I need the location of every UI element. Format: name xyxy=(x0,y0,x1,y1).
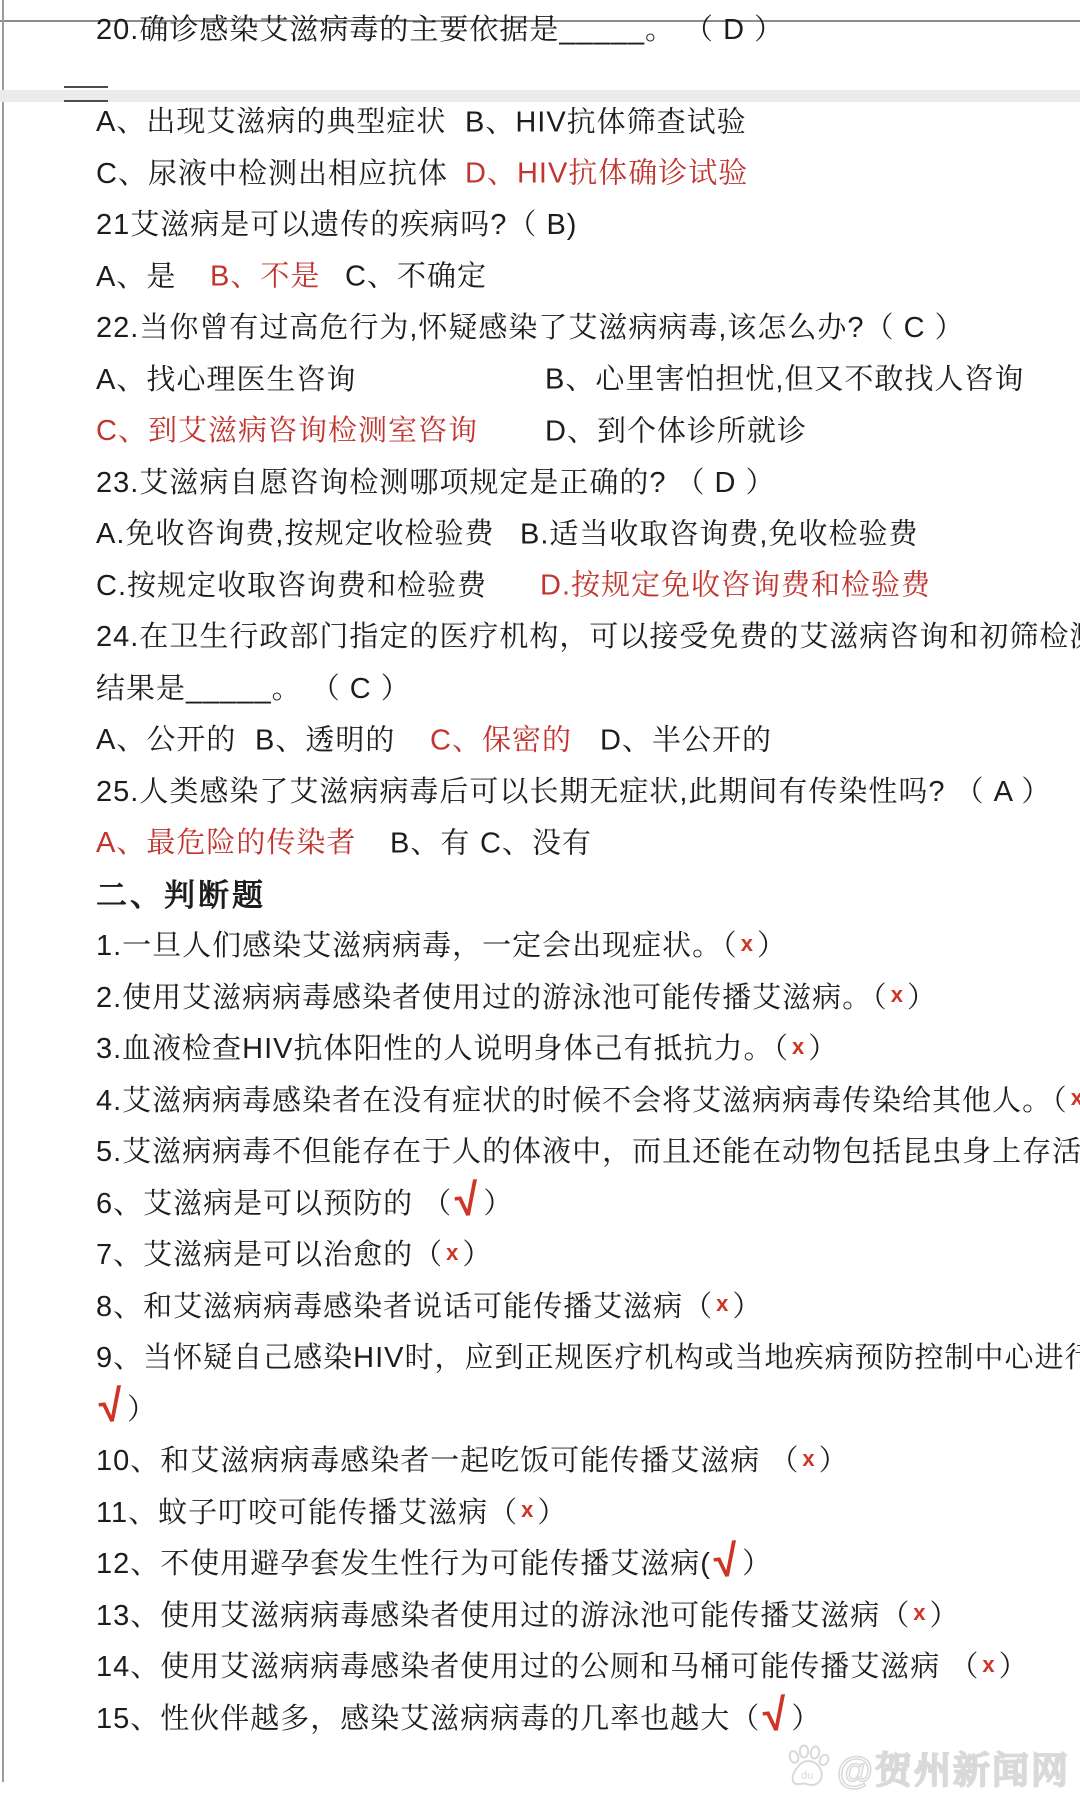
document-line: 25.人类感染了艾滋病病毒后可以长期无症状,此期间有传染性吗? （ A ） xyxy=(0,764,1080,816)
document-line: A、最危险的传染者B、有C、没有 xyxy=(0,815,1080,867)
document-line: 6、艾滋病是可以预防的 （√ ） xyxy=(0,1176,1080,1228)
line-text: 13、使用艾滋病病毒感染者使用过的游泳池可能传播艾滋病（ xyxy=(96,1593,910,1634)
answer-text-red: A、最危险的传染者 xyxy=(96,820,356,861)
document-line: 22.当你曾有过高危行为,怀疑感染了艾滋病病毒,该怎么办?（ C ） xyxy=(0,300,1080,352)
check-mark: √ xyxy=(763,1715,788,1718)
line-text: 22.当你曾有过高危行为,怀疑感染了艾滋病病毒,该怎么办?（ C ） xyxy=(96,305,965,346)
document-line: 15、性伙伴越多，感染艾滋病病毒的几率也越大（√ ） xyxy=(0,1691,1080,1743)
line-text: C.按规定收取咨询费和检验费 xyxy=(96,563,487,604)
document-line: 8、和艾滋病病毒感染者说话可能传播艾滋病（ x ） xyxy=(0,1279,1080,1331)
document-line: 2.使用艾滋病病毒感染者使用过的游泳池可能传播艾滋病。（ x ） xyxy=(0,970,1080,1022)
document-line: 14、使用艾滋病病毒感染者使用过的公厕和马桶可能传播艾滋病 （x） xyxy=(0,1639,1080,1691)
document-line: √ ） xyxy=(0,1382,1080,1434)
answer-text-red: C、保密的 xyxy=(430,717,572,758)
line-text: 10、和艾滋病病毒感染者一起吃饭可能传播艾滋病 （ xyxy=(96,1438,799,1479)
document-line: A、公开的B、透明的C、保密的D、半公开的 xyxy=(0,712,1080,764)
line-text: C、不确定 xyxy=(345,254,487,295)
cross-mark: x xyxy=(716,1291,729,1317)
document-line: 21艾滋病是可以遗传的疾病吗?（ B) xyxy=(0,197,1080,249)
cross-mark: x xyxy=(891,982,904,1008)
line-text: A、是 xyxy=(96,254,176,295)
document-line: A、是B、不是C、不确定 xyxy=(0,249,1080,301)
line-text: ） xyxy=(537,1490,567,1531)
line-text: ） xyxy=(732,1284,762,1325)
document-line: 二、判断题 xyxy=(0,867,1080,919)
document-body: A、出现艾滋病的典型症状B、HIV抗体筛查试验C、尿液中检测出相应抗体D、HIV… xyxy=(0,94,1080,1742)
document-line: C、到艾滋病咨询检测室咨询D、到个体诊所就诊 xyxy=(0,403,1080,455)
line-text: ） xyxy=(462,1232,492,1273)
cross-mark: x xyxy=(982,1652,995,1678)
document-line: 24.在卫生行政部门指定的医疗机构，可以接受免费的艾滋病咨询和初筛检测，检测 xyxy=(0,609,1080,661)
cross-mark: x xyxy=(802,1446,815,1472)
document-line: 13、使用艾滋病病毒感染者使用过的游泳池可能传播艾滋病（ x ） xyxy=(0,1588,1080,1640)
document-line: C.按规定收取咨询费和检验费D.按规定免收咨询费和检验费 xyxy=(0,558,1080,610)
page-break-mark xyxy=(64,86,108,88)
document-line: A、找心理医生咨询B、心里害怕担忧,但又不敢找人咨询 xyxy=(0,352,1080,404)
line-text: ） xyxy=(907,975,937,1016)
line-text: ） xyxy=(742,1541,772,1582)
line-text: ） xyxy=(930,1593,960,1634)
document-line: 结果是_____。 （ C ） xyxy=(0,661,1080,713)
quiz-document-page: { "colors": { "ink": "#1d1d1d", "answer_… xyxy=(0,0,1080,1800)
line-text: C、没有 xyxy=(480,820,592,861)
document-line: 10、和艾滋病病毒感染者一起吃饭可能传播艾滋病 （ x ） xyxy=(0,1433,1080,1485)
line-text: 2.使用艾滋病病毒感染者使用过的游泳池可能传播艾滋病。（ xyxy=(96,975,888,1016)
document-line: 3.血液检查HIV抗体阳性的人说明身体己有抵抗力。（ x ） xyxy=(0,1021,1080,1073)
line-text: B.适当收取咨询费,免收检验费 xyxy=(520,511,918,552)
line-text: ） xyxy=(808,1026,838,1067)
document-line: C、尿液中检测出相应抗体D、HIV抗体确诊试验 xyxy=(0,146,1080,198)
line-text: A、出现艾滋病的典型症状 xyxy=(96,99,446,140)
line-text: A.免收咨询费,按规定收检验费 xyxy=(96,511,494,552)
line-text: 3.血液检查HIV抗体阳性的人说明身体己有抵抗力。（ xyxy=(96,1026,789,1067)
question-20-line: 20.确诊感染艾滋病毒的主要依据是_____。 （ D ） xyxy=(96,10,784,50)
document-line: A、出现艾滋病的典型症状B、HIV抗体筛查试验 xyxy=(0,94,1080,146)
line-text: 11、蚊子叮咬可能传播艾滋病（ xyxy=(96,1490,518,1531)
line-text: A、公开的 xyxy=(96,717,236,758)
answer-text-red: C、到艾滋病咨询检测室咨询 xyxy=(96,408,478,449)
line-text: ） xyxy=(127,1387,157,1428)
check-mark: √ xyxy=(99,1406,124,1409)
line-text: A、找心理医生咨询 xyxy=(96,357,356,398)
line-text: 25.人类感染了艾滋病病毒后可以长期无症状,此期间有传染性吗? （ A ） xyxy=(96,769,1051,810)
cross-mark: x xyxy=(1071,1085,1080,1111)
line-text: 14、使用艾滋病病毒感染者使用过的公厕和马桶可能传播艾滋病 （ xyxy=(96,1644,979,1685)
line-text: 24.在卫生行政部门指定的医疗机构，可以接受免费的艾滋病咨询和初筛检测，检测 xyxy=(96,614,1080,655)
watermark-text: @贺州新闻网 xyxy=(837,1740,1070,1794)
line-text: ） xyxy=(757,923,787,964)
cross-mark: x xyxy=(741,931,754,957)
answer-text-red: B、不是 xyxy=(210,254,320,295)
line-text: D、到个体诊所就诊 xyxy=(545,408,807,449)
baidu-paw-icon: du xyxy=(784,1743,832,1791)
document-line: 12、不使用避孕套发生性行为可能传播艾滋病(√ ） xyxy=(0,1536,1080,1588)
line-text: B、HIV抗体筛查试验 xyxy=(465,99,747,140)
paw-icon-label: du xyxy=(801,1770,813,1782)
line-text: ） xyxy=(999,1644,1029,1685)
answer-text-red: D、HIV抗体确诊试验 xyxy=(465,151,748,192)
line-text: B、有 xyxy=(390,820,470,861)
line-text: C、尿液中检测出相应抗体 xyxy=(96,151,448,192)
line-text: 21艾滋病是可以遗传的疾病吗?（ B) xyxy=(96,202,577,243)
document-line: 9、当怀疑自己感染HIV时，应到正规医疗机构或当地疾病预防控制中心进行检测 xyxy=(0,1330,1080,1382)
document-line: A.免收咨询费,按规定收检验费B.适当收取咨询费,免收检验费 xyxy=(0,506,1080,558)
cross-mark: x xyxy=(913,1600,926,1626)
line-text: ） xyxy=(819,1438,849,1479)
document-line: 5.艾滋病病毒不但能存在于人的体液中，而且还能在动物包括昆虫身上存活。（ x xyxy=(0,1124,1080,1176)
cross-mark: x xyxy=(792,1034,805,1060)
answer-text-red: D.按规定免收咨询费和检验费 xyxy=(540,563,931,604)
line-text: 23.艾滋病自愿咨询检测哪项规定是正确的? （ D ） xyxy=(96,460,776,501)
cross-mark: x xyxy=(446,1240,459,1266)
line-text: ） xyxy=(791,1696,821,1737)
section-heading: 二、判断题 xyxy=(96,870,266,915)
line-text: B、心里害怕担忧,但又不敢找人咨询 xyxy=(545,357,1024,398)
line-text: D、半公开的 xyxy=(600,717,772,758)
line-text: ） xyxy=(483,1181,513,1222)
line-text: 9、当怀疑自己感染HIV时，应到正规医疗机构或当地疾病预防控制中心进行检测 xyxy=(96,1335,1080,1376)
line-text: 1.一旦人们感染艾滋病病毒，一定会出现症状。（ xyxy=(96,923,738,964)
line-text: 6、艾滋病是可以预防的 （ xyxy=(96,1181,452,1222)
line-text: 12、不使用避孕套发生性行为可能传播艾滋病( xyxy=(96,1541,711,1582)
check-mark: √ xyxy=(714,1560,739,1563)
line-text: 5.艾滋病病毒不但能存在于人的体液中，而且还能在动物包括昆虫身上存活。（ xyxy=(96,1129,1080,1170)
line-text: B、透明的 xyxy=(255,717,395,758)
document-line: 11、蚊子叮咬可能传播艾滋病（ x ） xyxy=(0,1485,1080,1537)
check-mark: √ xyxy=(455,1200,480,1203)
document-line: 23.艾滋病自愿咨询检测哪项规定是正确的? （ D ） xyxy=(0,455,1080,507)
document-line: 7、艾滋病是可以治愈的（ x ） xyxy=(0,1227,1080,1279)
line-text: 7、艾滋病是可以治愈的（ xyxy=(96,1232,443,1273)
cross-mark: x xyxy=(521,1497,534,1523)
line-text: 4.艾滋病病毒感染者在没有症状的时候不会将艾滋病病毒传染给其他人。（ xyxy=(96,1078,1068,1119)
document-line: 1.一旦人们感染艾滋病病毒，一定会出现症状。（ x ） xyxy=(0,918,1080,970)
document-line: 4.艾滋病病毒感染者在没有症状的时候不会将艾滋病病毒传染给其他人。（x） xyxy=(0,1073,1080,1125)
line-text: 8、和艾滋病病毒感染者说话可能传播艾滋病（ xyxy=(96,1284,713,1325)
line-text: 结果是_____。 （ C ） xyxy=(96,666,411,707)
line-text: 15、性伙伴越多，感染艾滋病病毒的几率也越大（ xyxy=(96,1696,760,1737)
watermark: du @贺州新闻网 xyxy=(784,1740,1070,1794)
